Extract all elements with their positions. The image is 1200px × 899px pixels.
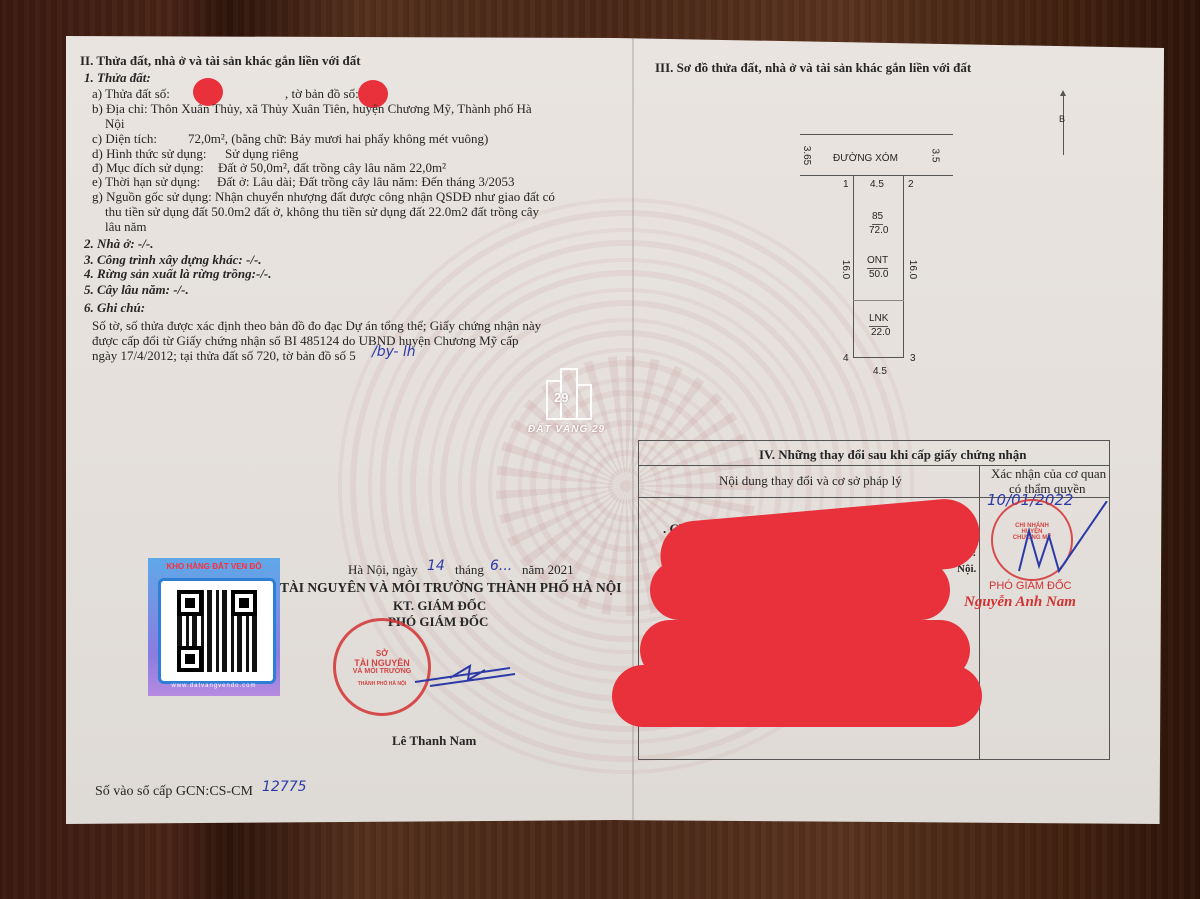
item3-other-works: 3. Công trình xây dựng khác: -/-. [84, 252, 262, 267]
confirm-signer: Nguyễn Anh Nam [964, 595, 1076, 610]
qr-advert-title: KHO HÀNG ĐẤT VEN ĐÔ [148, 562, 280, 571]
north-arrowhead-icon [1060, 90, 1066, 96]
table-column-divider [979, 465, 980, 759]
note-line3: ngày 17/4/2012; tại thửa đất số 720, tờ … [92, 348, 356, 363]
register-number: 12775 [262, 779, 307, 795]
corner-4: 4 [843, 351, 849, 366]
col-content-header: Nội dung thay đổi và cơ sở pháp lý [719, 473, 902, 488]
top-edge-length: 4.5 [870, 177, 884, 192]
watermark-text: ĐẤT VÀNG 29 [528, 422, 605, 437]
zone1-area: 50.0 [869, 267, 888, 282]
item5-perennial: 5. Cây lâu năm: -/-. [84, 282, 189, 297]
zone-divider [853, 300, 904, 301]
parcel-bottom-edge [853, 357, 904, 358]
road-top-line [800, 134, 953, 135]
address-line2: Nội [105, 116, 125, 131]
section-ii-title: II. Thửa đất, nhà ở và tài sản khác gắn … [80, 53, 361, 68]
north-label: B [1059, 112, 1065, 127]
item4-forest: 4. Rừng sản xuất là rừng trồng:-/-. [84, 266, 272, 281]
purpose-label: đ) Mục đích sử dụng: [92, 160, 204, 175]
date-prefix: Hà Nội, ngày [348, 562, 418, 577]
map-sheet-label: , tờ bản đồ số: [285, 86, 359, 101]
qr-advert[interactable]: KHO HÀNG ĐẤT VEN ĐÔ www.datvangvendo.com [148, 558, 280, 696]
kt-director-title: KT. GIÁM ĐỐC [393, 598, 486, 613]
zone2-area: 22.0 [871, 325, 890, 340]
signature-scribble [410, 660, 520, 690]
road-bottom-line [800, 175, 953, 176]
road-width-right: 3.5 [927, 149, 942, 163]
corner-2: 2 [908, 177, 914, 192]
issuing-department: TÀI NGUYÊN VÀ MÔI TRƯỜNG THÀNH PHỐ HÀ NỘ… [280, 580, 622, 595]
col-confirm-header-1: Xác nhận của cơ quan [991, 466, 1106, 481]
term-value: Đất ở: Lâu dài; Đất trồng cây lâu năm: Đ… [217, 174, 515, 189]
bottom-edge-length: 4.5 [873, 364, 887, 379]
building-logo-icon: 29 [540, 368, 596, 418]
date-month: 6... [490, 558, 512, 574]
signer-name: Lê Thanh Nam [392, 733, 476, 748]
origin-line3: lâu năm [105, 219, 147, 234]
date-year: năm 2021 [522, 562, 574, 577]
note-line2: được cấp đổi từ Giấy chứng nhận số BI 48… [92, 333, 518, 348]
address-line1: b) Địa chỉ: Thôn Xuân Thủy, xã Thủy Xuân… [92, 101, 532, 116]
note-line1: Số tờ, số thửa được xác định theo bản đồ… [92, 318, 541, 333]
confirm-signature [999, 501, 1109, 576]
road-label: ĐƯỜNG XÓM [833, 151, 898, 166]
note-handwritten: /by- lh [372, 344, 416, 360]
term-label: e) Thời hạn sử dụng: [92, 174, 200, 189]
changes-table-title: IV. Những thay đổi sau khi cấp giấy chứn… [759, 447, 1027, 462]
road-width-left: 3.65 [799, 146, 814, 165]
item1-title: 1. Thửa đất: [84, 70, 151, 85]
purpose-value: Đất ở 50,0m², đất trồng cây lâu năm 22,0… [218, 160, 446, 175]
corner-3: 3 [910, 351, 916, 366]
left-edge-length: 16.0 [838, 260, 853, 279]
qr-advert-url[interactable]: www.datvangvendo.com [148, 683, 280, 689]
item6-notes-title: 6. Ghi chú: [84, 300, 145, 315]
confirm-title: PHÓ GIÁM ĐỐC [989, 579, 1072, 594]
right-edge-length: 16.0 [905, 260, 920, 279]
parcel-area: 72.0 [869, 223, 888, 238]
qr-finder-icon [231, 590, 257, 616]
parcel-number-label: a) Thửa đất số: [92, 86, 170, 101]
redaction-transfer-details [612, 665, 982, 727]
register-label: Số vào sổ cấp GCN:CS-CM [95, 784, 253, 799]
qr-finder-icon [177, 646, 203, 672]
date-day: 14 [427, 558, 445, 574]
corner-1: 1 [843, 177, 849, 192]
origin-line2: thu tiền sử dụng đất 50.0m2 đất ở, không… [105, 204, 539, 219]
origin-line1: g) Nguồn gốc sử dụng: Nhận chuyển nhượng… [92, 189, 555, 204]
usage-form-label: d) Hình thức sử dụng: [92, 146, 206, 161]
section-iii-title: III. Sơ đồ thửa đất, nhà ở và tài sản kh… [655, 60, 971, 75]
area-value: 72,0m², (bằng chữ: Bảy mươi hai phẩy khô… [188, 131, 488, 146]
area-label: c) Diện tích: [92, 131, 157, 146]
redaction-transfer-details [650, 560, 950, 620]
parcel-right-edge [903, 175, 904, 357]
qr-finder-icon [177, 590, 203, 616]
qr-frame [158, 578, 276, 684]
usage-form-value: Sử dụng riêng [225, 146, 299, 161]
item2-house: 2. Nhà ở: -/-. [84, 236, 153, 251]
date-month-label: tháng [455, 562, 484, 577]
